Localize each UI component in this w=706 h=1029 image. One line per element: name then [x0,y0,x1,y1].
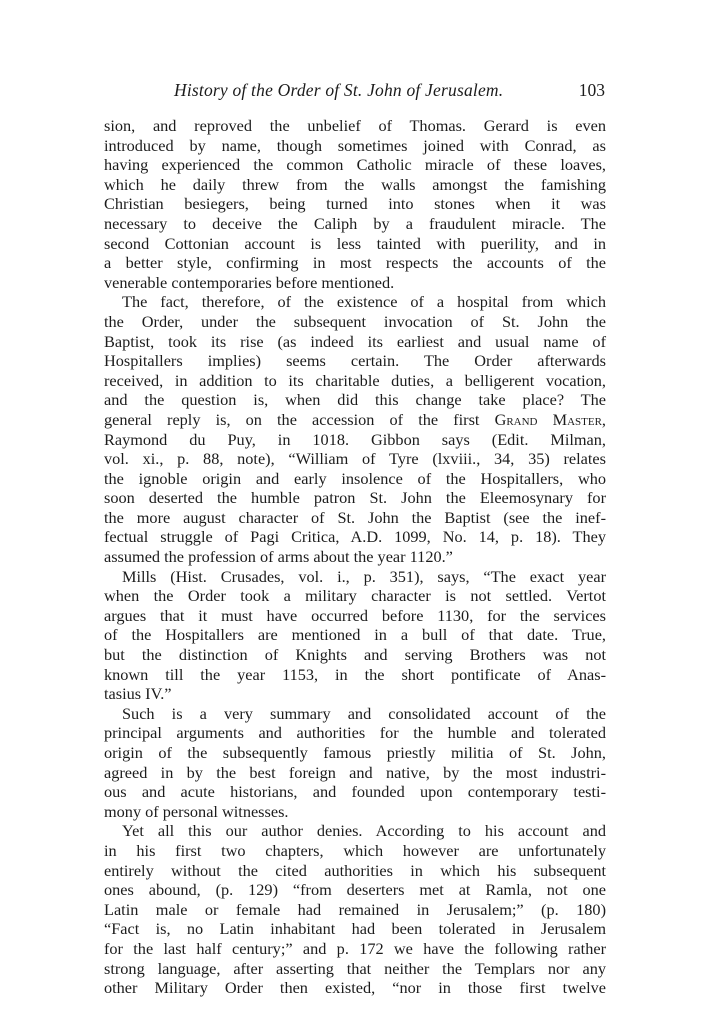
text-line: entirely without the cited authorities i… [104,861,606,881]
text-line: venerable contemporaries before mentione… [104,273,606,293]
text-line: mony of personal witnesses. [104,802,606,822]
running-title: History of the Order of St. John of Jeru… [174,80,503,101]
text-line: tasius IV.” [104,684,606,704]
text-line: agreed in by the best foreign and native… [104,763,606,783]
document-page: History of the Order of St. John of Jeru… [0,0,706,1029]
text-line: but the distinction of Knights and servi… [104,645,606,665]
text-line: Christian besiegers, being turned into s… [104,194,606,214]
text-line: for the last half century;” and p. 172 w… [104,939,606,959]
text-line: Raymond du Puy, in 1018. Gibbon says (Ed… [104,430,606,450]
text-line: “Fact is, no Latin inhabitant had been t… [104,919,606,939]
text-line: other Military Order then existed, “nor … [104,978,606,998]
running-head: History of the Order of St. John of Jeru… [104,80,605,104]
text-line: general reply is, on the accession of th… [104,410,606,430]
text-line: Such is a very summary and consolidated … [104,704,606,724]
text-line: in his first two chapters, which however… [104,841,606,861]
text-line: Baptist, took its rise (as indeed its ea… [104,332,606,352]
text-line: having experienced the common Catholic m… [104,155,606,175]
text-line: ous and acute historians, and founded up… [104,782,606,802]
page-number: 103 [579,80,605,101]
text-line: ones abound, (p. 129) “from deserters me… [104,880,606,900]
text-line: necessary to deceive the Caliph by a fra… [104,214,606,234]
text-line: the ignoble origin and early insolence o… [104,469,606,489]
text-line: Mills (Hist. Crusades, vol. i., p. 351),… [104,567,606,587]
text-line: a better style, confirming in most respe… [104,253,606,273]
text-line: introduced by name, though sometimes joi… [104,136,606,156]
text-line: the Order, under the subsequent invocati… [104,312,606,332]
text-line: and the question is, when did this chang… [104,390,606,410]
text-line: origin of the subsequently famous priest… [104,743,606,763]
text-line: when the Order took a military character… [104,586,606,606]
text-line: soon deserted the humble patron St. John… [104,488,606,508]
text-line: second Cottonian account is less tainted… [104,234,606,254]
text-line: argues that it must have occurred before… [104,606,606,626]
text-line: fectual struggle of Pagi Critica, A.D. 1… [104,527,606,547]
text-line: strong language, after asserting that ne… [104,959,606,979]
text-line: sion, and reproved the unbelief of Thoma… [104,116,606,136]
text-line: received, in addition to its charitable … [104,371,606,391]
text-line: The fact, therefore, of the existence of… [104,292,606,312]
text-line: Yet all this our author denies. Accordin… [104,821,606,841]
text-line: principal arguments and authorities for … [104,723,606,743]
text-line: of the Hospitallers are mentioned in a b… [104,625,606,645]
text-line: known till the year 1153, in the short p… [104,665,606,685]
text-line: vol. xi., p. 88, note), “William of Tyre… [104,449,606,469]
text-line: Latin male or female had remained in Jer… [104,900,606,920]
text-line: which he daily threw from the walls amon… [104,175,606,195]
text-line: the more august character of St. John th… [104,508,606,528]
text-line: Hospitallers implies) seems certain. The… [104,351,606,371]
text-line: assumed the profession of arms about the… [104,547,606,567]
body-text: sion, and reproved the unbelief of Thoma… [104,116,606,998]
small-caps-term: Grand Master [495,410,602,429]
